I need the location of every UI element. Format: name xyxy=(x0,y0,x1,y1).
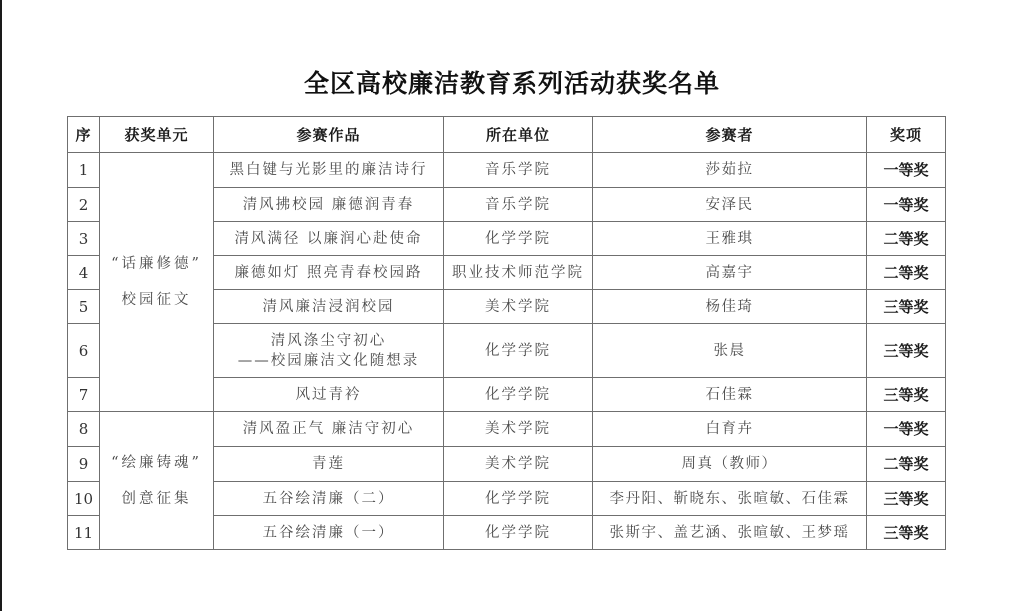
participants: 白育卉 xyxy=(593,412,867,447)
header-index: 序 xyxy=(68,117,100,153)
organization: 音乐学院 xyxy=(444,188,593,222)
organization: 化学学院 xyxy=(444,222,593,256)
organization: 美术学院 xyxy=(444,412,593,447)
participants: 周真（教师） xyxy=(593,447,867,482)
row-index: 1 xyxy=(68,153,100,188)
entry-work: 五谷绘清廉（二） xyxy=(214,482,444,516)
entry-work: 黑白键与光影里的廉洁诗行 xyxy=(214,153,444,188)
organization: 职业技术师范学院 xyxy=(444,256,593,290)
participants: 王雅琪 xyxy=(593,222,867,256)
table-row: 8 “绘廉铸魂” 创意征集 清风盈正气 廉洁守初心 美术学院 白育卉 一等奖 xyxy=(68,412,946,447)
award-unit-group-1: “话廉修德” 校园征文 xyxy=(100,153,214,412)
prize: 三等奖 xyxy=(867,378,946,412)
table-header-row: 序 获奖单元 参赛作品 所在单位 参赛者 奖项 xyxy=(68,117,946,153)
organization: 美术学院 xyxy=(444,290,593,324)
organization: 美术学院 xyxy=(444,447,593,482)
prize: 三等奖 xyxy=(867,324,946,378)
organization: 化学学院 xyxy=(444,324,593,378)
organization: 化学学院 xyxy=(444,516,593,550)
prize: 三等奖 xyxy=(867,516,946,550)
award-unit-subtitle: 创意征集 xyxy=(100,481,213,517)
row-index: 5 xyxy=(68,290,100,324)
participants: 莎茹拉 xyxy=(593,153,867,188)
prize: 三等奖 xyxy=(867,290,946,324)
award-unit-name: “绘廉铸魂” xyxy=(100,445,213,481)
row-index: 3 xyxy=(68,222,100,256)
row-index: 8 xyxy=(68,412,100,447)
document-title: 全区高校廉洁教育系列活动获奖名单 xyxy=(0,66,1024,102)
row-index: 6 xyxy=(68,324,100,378)
award-unit-group-2: “绘廉铸魂” 创意征集 xyxy=(100,412,214,550)
prize: 二等奖 xyxy=(867,222,946,256)
table-row: 1 “话廉修德” 校园征文 黑白键与光影里的廉洁诗行 音乐学院 莎茹拉 一等奖 xyxy=(68,153,946,188)
entry-work-title: 清风涤尘守初心 xyxy=(214,331,443,351)
row-index: 9 xyxy=(68,447,100,482)
row-index: 11 xyxy=(68,516,100,550)
participants: 张斯宇、盖艺涵、张暄敏、王梦瑶 xyxy=(593,516,867,550)
header-prize: 奖项 xyxy=(867,117,946,153)
prize: 一等奖 xyxy=(867,412,946,447)
header-award-unit: 获奖单元 xyxy=(100,117,214,153)
organization: 音乐学院 xyxy=(444,153,593,188)
participants: 杨佳琦 xyxy=(593,290,867,324)
prize: 三等奖 xyxy=(867,482,946,516)
entry-work: 清风满径 以廉润心赴使命 xyxy=(214,222,444,256)
entry-work: 青莲 xyxy=(214,447,444,482)
participants: 李丹阳、靳晓东、张暄敏、石佳霖 xyxy=(593,482,867,516)
award-list-table: 序 获奖单元 参赛作品 所在单位 参赛者 奖项 1 “话廉修德” 校园征文 黑白… xyxy=(67,116,946,550)
organization: 化学学院 xyxy=(444,378,593,412)
header-entry-work: 参赛作品 xyxy=(214,117,444,153)
entry-work: 风过青衿 xyxy=(214,378,444,412)
entry-work: 五谷绘清廉（一） xyxy=(214,516,444,550)
award-unit-subtitle: 校园征文 xyxy=(100,282,213,318)
prize: 二等奖 xyxy=(867,447,946,482)
row-index: 4 xyxy=(68,256,100,290)
entry-work: 清风盈正气 廉洁守初心 xyxy=(214,412,444,447)
entry-work: 清风廉洁浸润校园 xyxy=(214,290,444,324)
participants: 高嘉宇 xyxy=(593,256,867,290)
entry-work-subtitle: ——校园廉洁文化随想录 xyxy=(214,351,443,371)
row-index: 7 xyxy=(68,378,100,412)
participants: 张晨 xyxy=(593,324,867,378)
entry-work: 清风拂校园 廉德润青春 xyxy=(214,188,444,222)
award-unit-name: “话廉修德” xyxy=(100,246,213,282)
prize: 二等奖 xyxy=(867,256,946,290)
prize: 一等奖 xyxy=(867,188,946,222)
header-organization: 所在单位 xyxy=(444,117,593,153)
row-index: 2 xyxy=(68,188,100,222)
prize: 一等奖 xyxy=(867,153,946,188)
entry-work: 廉德如灯 照亮青春校园路 xyxy=(214,256,444,290)
row-index: 10 xyxy=(68,482,100,516)
header-participants: 参赛者 xyxy=(593,117,867,153)
participants: 石佳霖 xyxy=(593,378,867,412)
entry-work: 清风涤尘守初心 ——校园廉洁文化随想录 xyxy=(214,324,444,378)
participants: 安泽民 xyxy=(593,188,867,222)
organization: 化学学院 xyxy=(444,482,593,516)
